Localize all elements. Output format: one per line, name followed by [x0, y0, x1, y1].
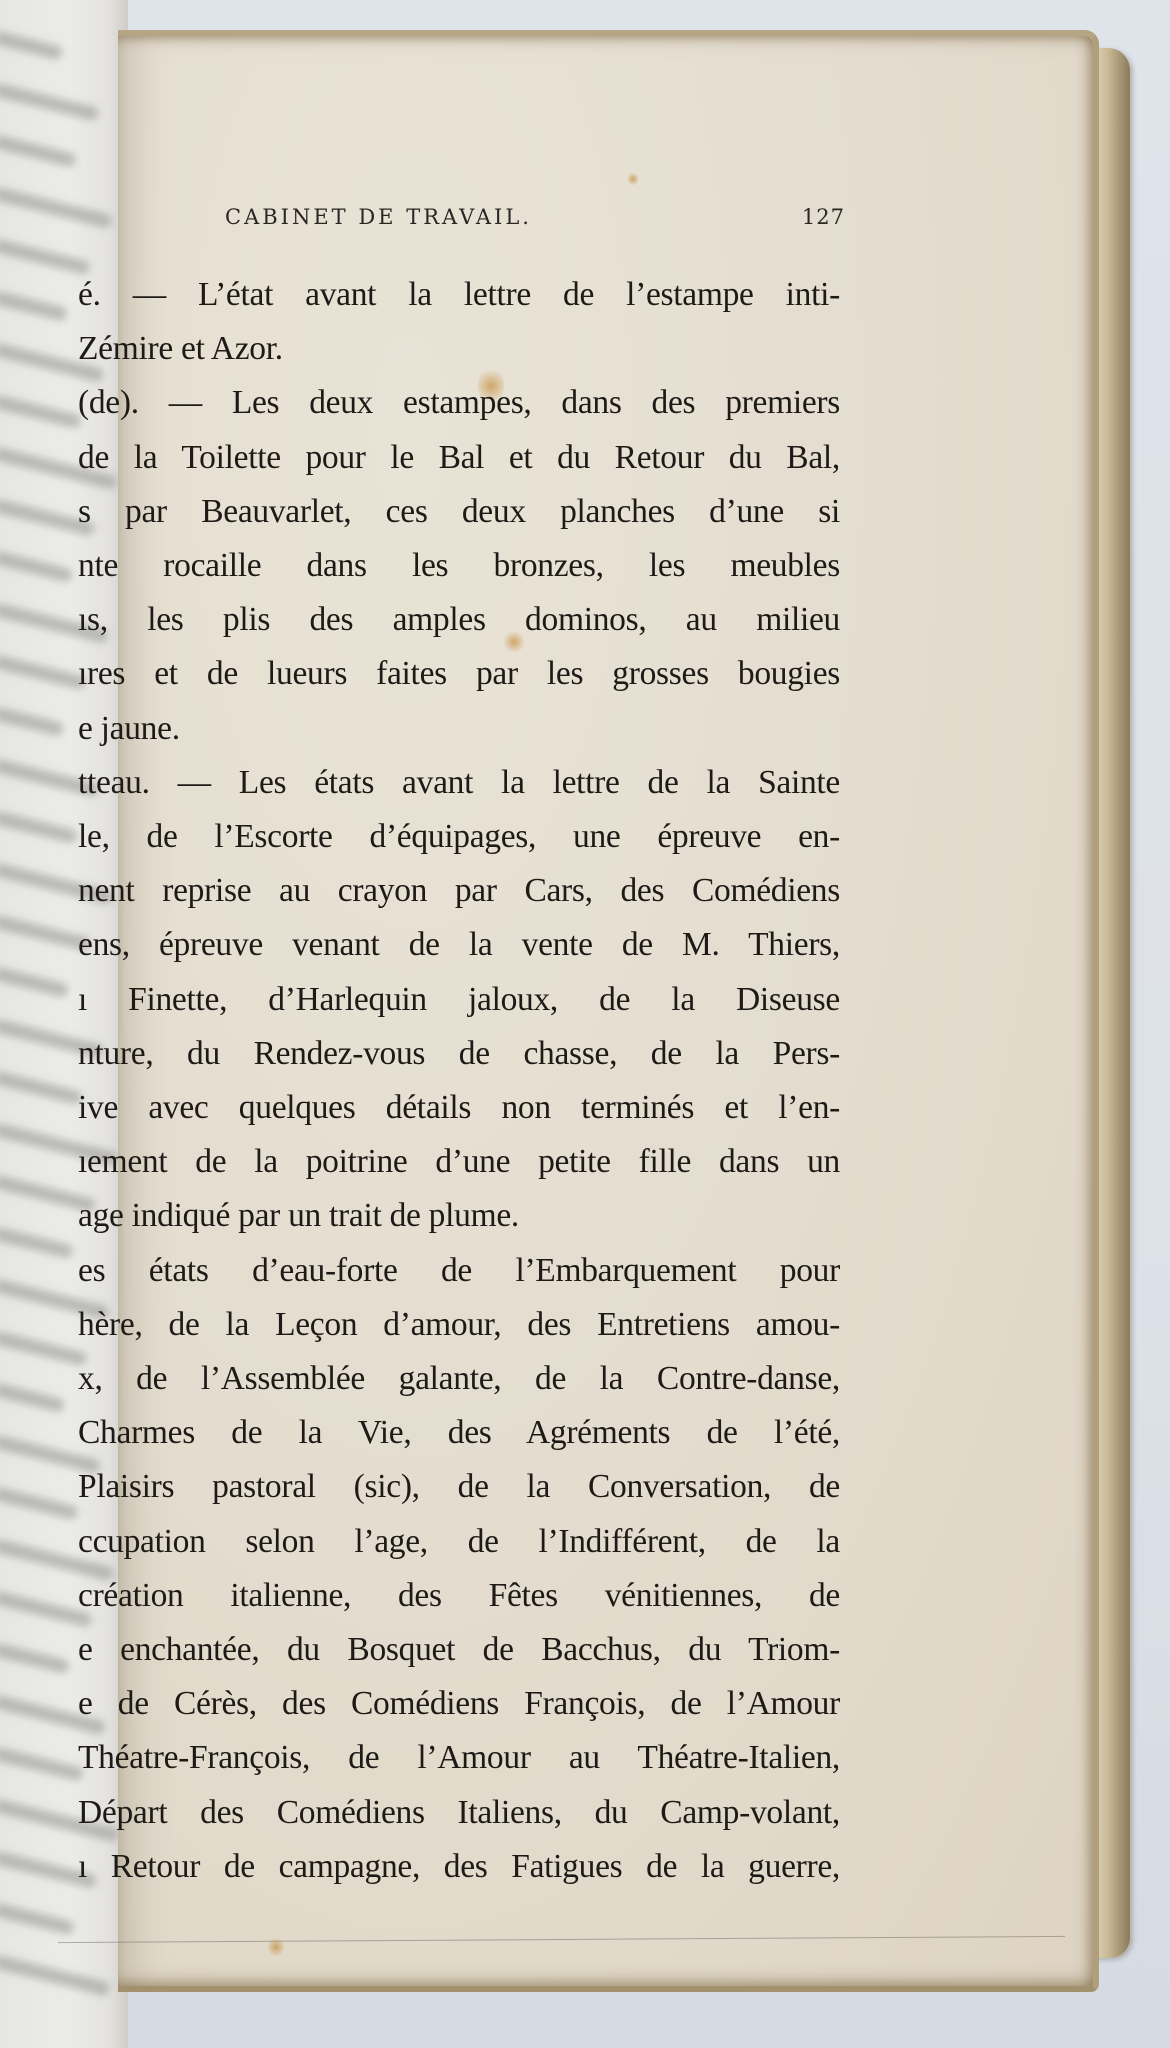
show-through-text: [0, 1486, 79, 1520]
text-line: création italienne, des Fêtes vénitienne…: [78, 1576, 840, 1616]
foxing-stain: [268, 1936, 284, 1958]
text-line: ens, épreuve venant de la vente de M. Th…: [78, 925, 840, 965]
running-head: CABINET DE TRAVAIL. 127: [225, 205, 845, 229]
show-through-text: [0, 1382, 66, 1413]
show-through-text: [0, 82, 100, 121]
text-line: Plaisirs pastoral (sic), de la Conversat…: [78, 1467, 840, 1507]
show-through-text: [0, 394, 82, 429]
text-line: Charmes de la Vie, des Agréments de l’ét…: [78, 1413, 840, 1453]
text-line: ive avec quelques détails non terminés e…: [78, 1088, 840, 1128]
text-line: nture, du Rendez-vous de chasse, de la P…: [78, 1034, 840, 1074]
show-through-text: [0, 1954, 111, 1996]
text-line: de la Toilette pour le Bal et du Retour …: [78, 438, 840, 478]
text-line: Zémire et Azor.: [78, 329, 840, 369]
text-line: tteau. — Les états avant la lettre de la…: [78, 763, 840, 803]
show-through-text: [0, 810, 78, 844]
foxing-stain: [628, 171, 638, 187]
text-line: e enchantée, du Bosquet de Bacchus, du T…: [78, 1630, 840, 1670]
show-through-text: [0, 1642, 70, 1674]
text-line: ıres et de lueurs faites par les grosses…: [78, 654, 840, 694]
text-line: ı Retour de campagne, des Fatigues de la…: [78, 1847, 840, 1887]
text-line: nent reprise au crayon par Cars, des Com…: [78, 871, 840, 911]
show-through-text: [0, 1330, 88, 1367]
show-through-text: [0, 966, 69, 998]
show-through-text: [0, 1746, 84, 1782]
text-line: é. — L’état avant la lettre de l’estampe…: [78, 275, 840, 315]
show-through-text: [0, 706, 65, 737]
text-line: s par Beauvarlet, ces deux planches d’un…: [78, 492, 840, 532]
text-line: (de). — Les deux estampes, dans des prem…: [78, 383, 840, 423]
show-through-text: [0, 1226, 74, 1259]
text-line: e de Cérès, des Comédiens François, de l…: [78, 1684, 840, 1724]
show-through-text: [0, 186, 113, 229]
text-line: x, de l’Assemblée galante, de la Contre-…: [78, 1359, 840, 1399]
text-line: es états d’eau-forte de l’Embarquement p…: [78, 1251, 840, 1291]
page-number: 127: [802, 205, 845, 229]
show-through-text: [0, 290, 68, 322]
show-through-text: [0, 654, 87, 690]
text-line: e jaune.: [78, 709, 840, 749]
text-line: Départ des Comédiens Italiens, du Camp-v…: [78, 1793, 840, 1833]
text-line: nte rocaille dans les bronzes, les meubl…: [78, 546, 840, 586]
show-through-text: [0, 1902, 75, 1935]
text-line: hère, de la Leçon d’amour, des Entretien…: [78, 1305, 840, 1345]
text-line: ı Finette, d’Harlequin jaloux, de la Dis…: [78, 980, 840, 1020]
show-through-text: [0, 550, 73, 583]
show-through-text: [0, 238, 91, 275]
plate-mark-line: [58, 1936, 1065, 1943]
text-line: ccupation selon l’age, de l’Indifférent,…: [78, 1522, 840, 1562]
running-head-title: CABINET DE TRAVAIL.: [225, 205, 532, 229]
text-line: age indiqué par un trait de plume.: [78, 1196, 840, 1236]
show-through-text: [0, 134, 77, 168]
text-line: Théatre-François, de l’Amour au Théatre-…: [78, 1738, 840, 1778]
show-through-text: [0, 1070, 83, 1105]
text-line: ıs, les plis des amples dominos, au mili…: [78, 600, 840, 640]
show-through-text: [0, 30, 64, 61]
text-line: ıement de la poitrine d’une petite fille…: [78, 1142, 840, 1182]
text-line: le, de l’Escorte d’équipages, une épreuv…: [78, 817, 840, 857]
